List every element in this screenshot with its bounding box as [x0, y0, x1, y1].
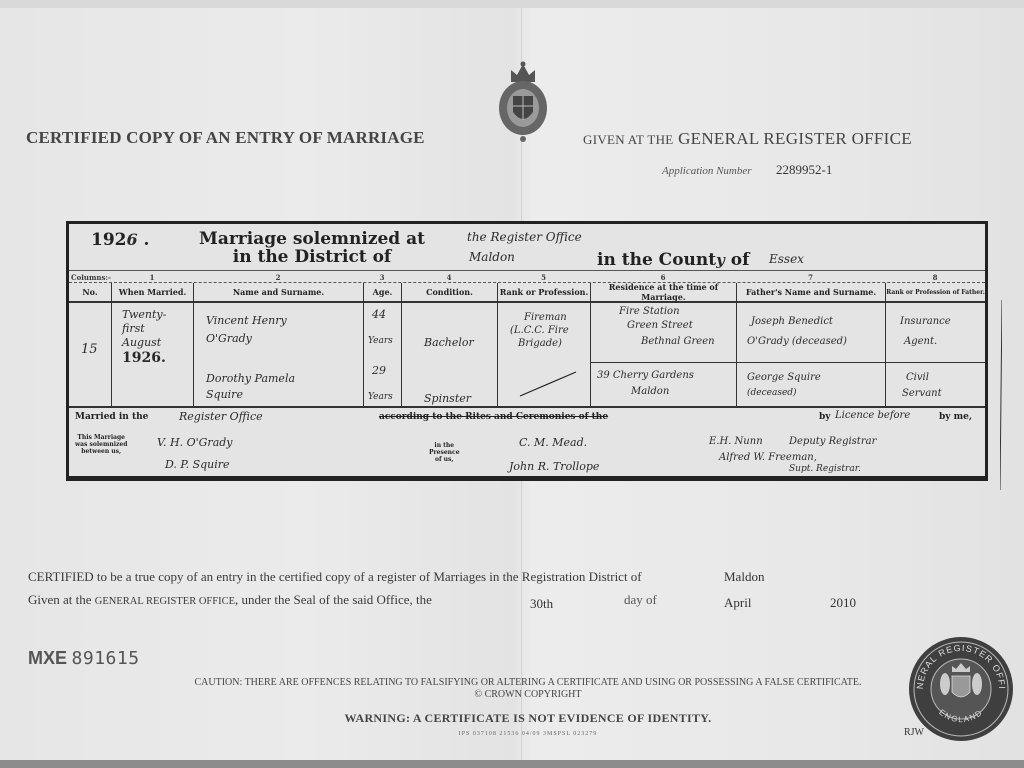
bride-age-unit: Years — [368, 392, 393, 402]
groom-residence: Bethnal Green — [641, 336, 715, 347]
solemnization-section: Married in the Register Office according… — [69, 406, 985, 480]
groom-age-unit: Years — [368, 336, 393, 346]
presence-line: Presence — [429, 449, 460, 456]
witness-2-signature: John R. Trollope — [509, 460, 599, 473]
warning-text: WARNING: A CERTIFICATE IS NOT EVIDENCE O… — [190, 711, 866, 726]
print-code: IPS 037108 21536 04/09 3MSPSL 023279 — [190, 731, 866, 737]
when-married-year: 1926. — [122, 350, 166, 366]
county-of: of — [731, 250, 750, 270]
caution-text: CAUTION: THERE ARE OFFENCES RELATING TO … — [190, 677, 866, 701]
by-label: by — [819, 412, 831, 422]
party-1-signature: V. H. O'Grady — [157, 436, 233, 449]
certification-line-1: CERTIFIED to be a true copy of an entry … — [28, 569, 642, 585]
title-line-1: Marriage solemnized at — [199, 230, 425, 248]
party-2-signature: D. P. Squire — [165, 458, 230, 471]
given-office: General Register Office — [95, 596, 235, 607]
certificate-title: CERTIFIED COPY OF AN ENTRY OF MARRIAGE — [26, 128, 425, 148]
groom-residence: Green Street — [627, 320, 693, 331]
certification-month: April — [724, 595, 751, 611]
cell-number: 15 — [69, 302, 111, 406]
serial-digits: 891615 — [72, 648, 140, 669]
col-header-when-married: When Married. — [111, 283, 193, 301]
col-header-condition: Condition. — [401, 283, 497, 301]
given-at-label: GIVEN AT THE — [583, 132, 674, 147]
groom-father: O'Grady (deceased) — [747, 336, 847, 347]
registrar-signature: E.H. Nunn — [709, 436, 763, 447]
given-suffix: , under the Seal of the said Office, the — [235, 592, 432, 607]
bride-father-profession: Civil — [906, 372, 929, 383]
margin-pen-mark — [1000, 300, 1002, 490]
when-married-line: first — [122, 322, 145, 335]
certification-district: Maldon — [724, 569, 764, 585]
entry-number: 15 — [81, 342, 98, 357]
col-header-residence: Residence at the time of Marriage. — [590, 283, 736, 301]
county-prefix: in the Count — [597, 250, 716, 270]
cell-age: 44 Years 29 Years — [363, 302, 401, 406]
cell-condition: Bachelor Spinster — [401, 302, 497, 406]
district-handwritten: Maldon — [469, 250, 515, 264]
by-me-label: by me, — [939, 412, 972, 422]
col-header-no: No. — [69, 283, 111, 301]
groom-condition: Bachelor — [424, 336, 474, 349]
registrar-title: Deputy Registrar — [789, 436, 876, 447]
application-number: 2289952-1 — [776, 162, 832, 178]
bride-residence: 39 Cherry Gardens — [597, 370, 694, 381]
solemnized-line: This Marriage — [75, 434, 127, 441]
county-handwritten: Essex — [769, 252, 804, 266]
groom-profession: Brigade) — [518, 338, 562, 349]
presence-label: in the Presence of us, — [429, 442, 460, 463]
given-prefix: Given at the — [28, 592, 92, 607]
by-licence: Licence before — [835, 410, 910, 421]
seal-initials: RJW — [904, 727, 924, 738]
rites-label: according to the Rites and Ceremonies of… — [379, 412, 608, 422]
col-header-father: Father's Name and Surname. — [736, 283, 885, 301]
solemnized-label: This Marriage was solemnized between us, — [75, 434, 127, 455]
bride-condition: Spinster — [424, 392, 471, 405]
column-headers-row: No. When Married. Name and Surname. Age.… — [69, 282, 985, 303]
groom-surname: O'Grady — [206, 332, 252, 345]
col-header-father-rank: Rank or Profession of Father. — [885, 283, 985, 301]
register-entry-table: 1926 . Marriage solemnized at in the Dis… — [66, 221, 988, 481]
bride-father-profession: Servant — [902, 388, 942, 399]
county-hw-letter: y — [716, 251, 725, 269]
married-in-place: Register Office — [179, 410, 263, 423]
bride-surname: Squire — [206, 388, 243, 401]
title-line-2: in the District of — [199, 248, 425, 266]
bride-father: George Squire — [747, 372, 821, 383]
bride-name: Dorothy Pamela — [206, 372, 295, 385]
royal-crest-icon — [497, 60, 549, 144]
certification-day-of: day of — [624, 592, 657, 608]
scanner-edge — [0, 760, 1024, 768]
cell-rank: Fireman (L.C.C. Fire Brigade) — [497, 302, 590, 406]
groom-name: Vincent Henry — [206, 314, 287, 327]
when-married-line: Twenty- — [122, 308, 166, 321]
cell-father-rank: Insurance Agent. Civil Servant — [885, 302, 985, 406]
bride-residence: Maldon — [631, 386, 669, 397]
cell-names: Vincent Henry O'Grady Dorothy Pamela Squ… — [193, 302, 363, 406]
application-number-label: Application Number — [662, 165, 752, 177]
serial-number: MXE 891615 — [28, 648, 140, 669]
year-printed: 192 — [91, 230, 127, 250]
bride-age: 29 — [372, 364, 386, 377]
presence-line: in the — [429, 442, 460, 449]
entry-rows: 15 Twenty- first August 1926. Vincent He… — [69, 302, 985, 406]
place-handwritten: the Register Office — [467, 230, 582, 244]
bride-father: (deceased) — [747, 388, 797, 398]
register-title: Marriage solemnized at in the District o… — [199, 230, 425, 266]
solemnized-line: was solemnized — [75, 441, 127, 448]
groom-profession: (L.C.C. Fire — [510, 325, 569, 336]
groom-father: Joseph Benedict — [751, 316, 833, 327]
register-year: 1926 . — [91, 230, 149, 250]
col-header-rank: Rank or Profession. — [497, 283, 590, 301]
certification-line-2: Given at the General Register Office, un… — [28, 592, 432, 608]
when-married-line: August — [122, 336, 161, 349]
married-in-label: Married in the — [75, 412, 148, 422]
groom-father-profession: Insurance — [900, 316, 951, 327]
presence-line: of us, — [429, 456, 460, 463]
year-handwritten: 6 — [127, 230, 138, 249]
groom-father-profession: Agent. — [904, 336, 937, 347]
cell-residence: Fire Station Green Street Bethnal Green … — [590, 302, 736, 406]
witness-1-signature: C. M. Mead. — [519, 436, 587, 449]
groom-age: 44 — [372, 308, 386, 321]
col-header-age: Age. — [363, 283, 401, 301]
cell-when-married: Twenty- first August 1926. — [111, 302, 193, 406]
county-label: in the County of — [597, 250, 749, 270]
cell-father: Joseph Benedict O'Grady (deceased) Georg… — [736, 302, 885, 406]
serial-prefix: MXE — [28, 648, 67, 668]
given-at-office-heading: GIVEN AT THE GENERAL REGISTER OFFICE — [583, 129, 912, 149]
groom-profession: Fireman — [524, 312, 567, 323]
certification-year: 2010 — [830, 595, 856, 611]
col-header-name: Name and Surname. — [193, 283, 363, 301]
bride-profession-dash — [518, 368, 578, 398]
office-name: GENERAL REGISTER OFFICE — [678, 129, 912, 148]
supt-registrar-title: Supt. Registrar. — [789, 464, 861, 474]
groom-residence: Fire Station — [619, 306, 680, 317]
supt-registrar-signature: Alfred W. Freeman, — [719, 452, 817, 463]
certification-day: 30th — [530, 596, 553, 612]
solemnized-line: between us, — [75, 448, 127, 455]
row-divider — [590, 362, 985, 363]
